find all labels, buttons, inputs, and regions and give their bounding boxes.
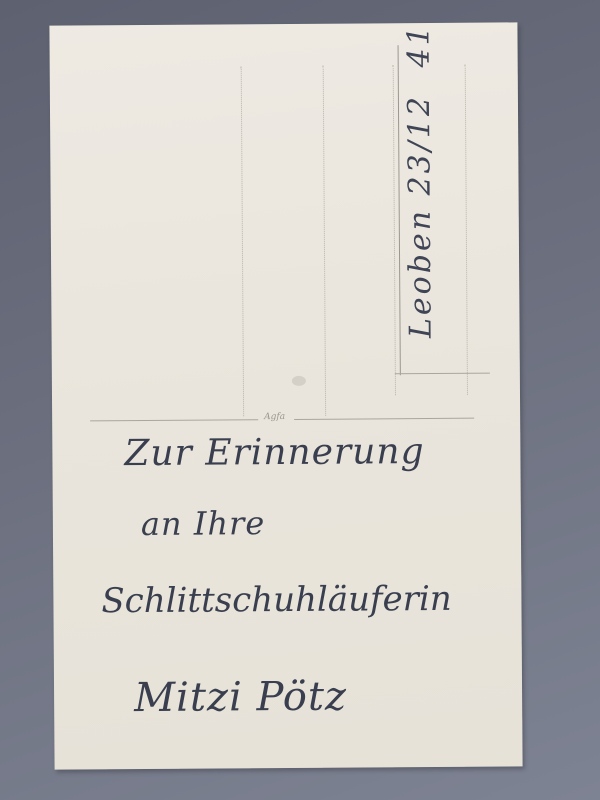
- horizontal-rule-right: [294, 418, 474, 420]
- stamp-box-dotted-left: [393, 65, 396, 395]
- date-year: 41: [401, 23, 436, 67]
- divider-line-right: [323, 66, 326, 416]
- stamp-box-bottom-rule: [395, 373, 490, 375]
- postcard: Agfa Leoben 23/12 41 Zur Erinnerung an I…: [49, 22, 522, 769]
- date-day-month: 23/12: [402, 94, 438, 196]
- inscription-line-2: an Ihre: [141, 504, 266, 543]
- stamp-box-solid-line: [398, 45, 401, 375]
- date-place: Leoben: [403, 208, 439, 338]
- divider-line-left: [241, 66, 244, 416]
- stamp-box-dotted-right: [465, 65, 468, 395]
- horizontal-rule-left: [90, 419, 258, 421]
- inscription-line-3: Schlittschuhläuferin: [101, 579, 452, 621]
- agfa-printed-mark: Agfa: [264, 412, 285, 422]
- inscription-line-4: Mitzi Pötz: [134, 674, 347, 721]
- inscription-line-1: Zur Erinnerung: [124, 431, 424, 474]
- smudge-mark: [292, 376, 306, 386]
- handwritten-date: Leoben 23/12 41: [401, 23, 438, 338]
